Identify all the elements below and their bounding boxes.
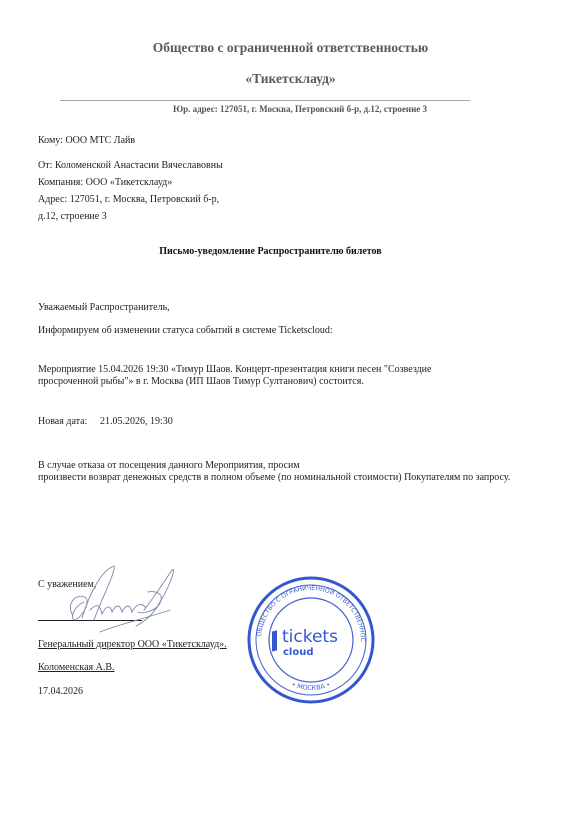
sender-address-line2: д.12, строение 3 [38, 211, 107, 222]
refund-line1: В случае отказа от посещения данного Мер… [38, 460, 300, 471]
signature-date: 17.04.2026 [38, 686, 83, 697]
recipient-to: Кому: ООО МТС Лайв [38, 135, 135, 146]
letter-title: Письмо-уведомление Распространителю биле… [0, 246, 541, 257]
new-date-label: Новая дата: [38, 416, 87, 427]
greeting: Уважаемый Распространитель, [38, 302, 170, 313]
sender-address-line1: Адрес: 127051, г. Москва, Петровский б-р… [38, 194, 219, 205]
company-name-line2: «Тикетсклауд» [0, 71, 581, 87]
event-line2: просроченной рыбы"» в г. Москва (ИП Шаов… [38, 376, 364, 387]
intro-text: Информируем об изменении статуса событий… [38, 325, 333, 336]
header-divider [60, 100, 470, 101]
handwritten-signature-icon [60, 562, 185, 642]
signer-position: Генеральный директор ООО «Тикетсклауд». [38, 639, 227, 650]
svg-text:tickets: tickets [282, 627, 338, 647]
refund-line2: произвести возврат денежных средств в по… [38, 472, 510, 483]
sender-from: От: Коломенской Анастасии Вячеславовны [38, 160, 223, 171]
company-stamp-icon: ОБЩЕСТВО С ОГРАНИЧЕННОЙ ОТВЕТСТВЕННОСТЬЮ… [246, 575, 376, 705]
sender-company: Компания: ООО «Тикетсклауд» [38, 177, 172, 188]
company-name-line1: Общество с ограниченной ответственностью [0, 40, 581, 56]
new-date-value: 21.05.2026, 19:30 [100, 416, 173, 427]
event-line1: Мероприятие 15.04.2026 19:30 «Тимур Шаов… [38, 364, 431, 375]
svg-text:cloud: cloud [283, 647, 314, 658]
signer-name: Коломенская А.В. [38, 662, 115, 673]
legal-address: Юр. адрес: 127051, г. Москва, Петровский… [0, 104, 581, 114]
